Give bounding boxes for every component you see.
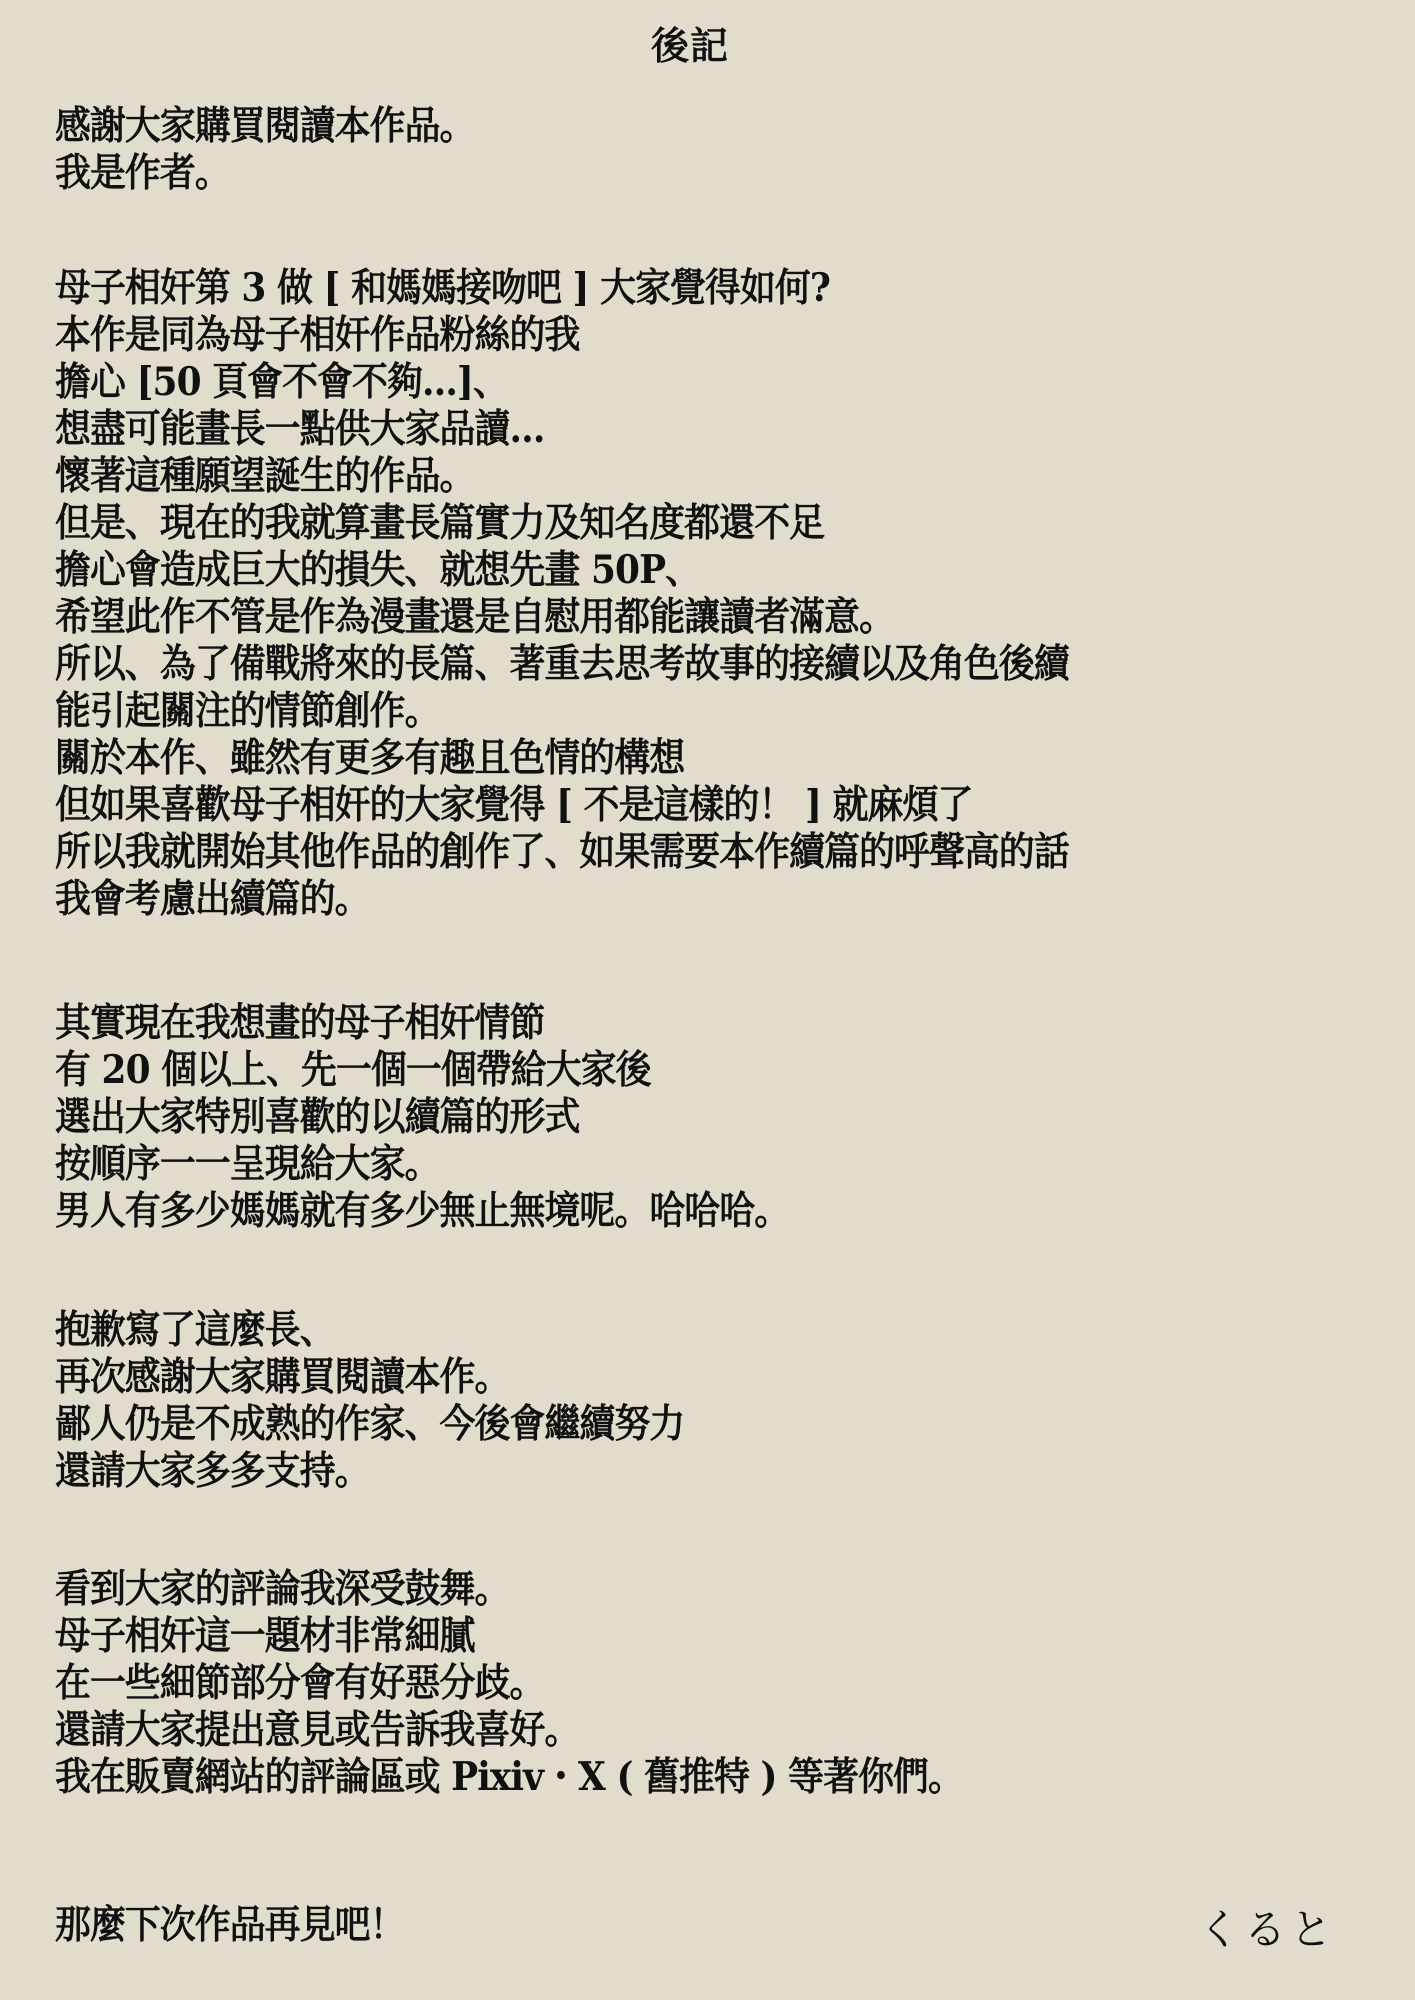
text-line: 擔心會造成巨大的損失、就想先畫 50P、 [55, 547, 700, 593]
text-line: 有 20 個以上、先一個一個帶給大家後 [55, 1047, 651, 1093]
text-line: 我是作者。 [55, 150, 230, 196]
text-line: 感謝大家購買閱讀本作品。 [55, 103, 475, 149]
text-line: 男人有多少媽媽就有多少無止無境呢。哈哈哈。 [55, 1188, 789, 1234]
text-line: 按順序一一呈現給大家。 [55, 1141, 440, 1187]
text-line: 但是、現在的我就算畫長篇實力及知名度都還不足 [55, 500, 824, 546]
text-line: 在一些細節部分會有好惡分歧。 [55, 1660, 544, 1706]
text-line: 鄙人仍是不成熟的作家、今後會繼續努力 [55, 1401, 684, 1447]
text-line: 還請大家多多支持。 [55, 1448, 370, 1494]
text-line: 看到大家的評論我深受鼓舞。 [55, 1566, 509, 1612]
text-line: 所以、為了備戰將來的長篇、著重去思考故事的接續以及角色後續 [55, 641, 1069, 687]
text-line: 關於本作、雖然有更多有趣且色情的構想 [55, 735, 684, 781]
text-line: 選出大家特別喜歡的以續篇的形式 [55, 1094, 579, 1140]
text-line: 懷著這種願望誕生的作品。 [55, 453, 475, 499]
text-line: 母子相奸這一題材非常細膩 [55, 1613, 475, 1659]
text-line: 希望此作不管是作為漫畫還是自慰用都能讓讀者滿意。 [55, 594, 894, 640]
text-line: 其實現在我想畫的母子相奸情節 [55, 1000, 544, 1046]
text-line: 能引起關注的情節創作。 [55, 688, 440, 734]
text-line: 所以我就開始其他作品的創作了、如果需要本作續篇的呼聲高的話 [55, 829, 1069, 875]
text-line: 我會考慮出續篇的。 [55, 876, 370, 922]
text-line: 但如果喜歡母子相奸的大家覺得 [ 不是這樣的！ ] 就麻煩了 [55, 782, 972, 828]
text-line: 擔心 [50 頁會不會不夠…]、 [55, 359, 508, 405]
page-title: 後記 [0, 22, 1380, 70]
text-line: 再次感謝大家購買閱讀本作。 [55, 1354, 509, 1400]
text-line: 我在販賣網站的評論區或 Pixiv・X ( 舊推特 ) 等著你們。 [55, 1754, 963, 1800]
text-line: 想盡可能畫長一點供大家品讀… [55, 406, 544, 452]
author-signature: くると [1198, 1905, 1336, 1955]
closing-line: 那麼下次作品再見吧！ [55, 1902, 405, 1948]
text-line: 母子相奸第 3 做 [ 和媽媽接吻吧 ] 大家覺得如何? [55, 265, 830, 311]
text-line: 抱歉寫了這麼長、 [55, 1307, 335, 1353]
text-line: 還請大家提出意見或告訴我喜好。 [55, 1707, 579, 1753]
text-line: 本作是同為母子相奸作品粉絲的我 [55, 312, 579, 358]
